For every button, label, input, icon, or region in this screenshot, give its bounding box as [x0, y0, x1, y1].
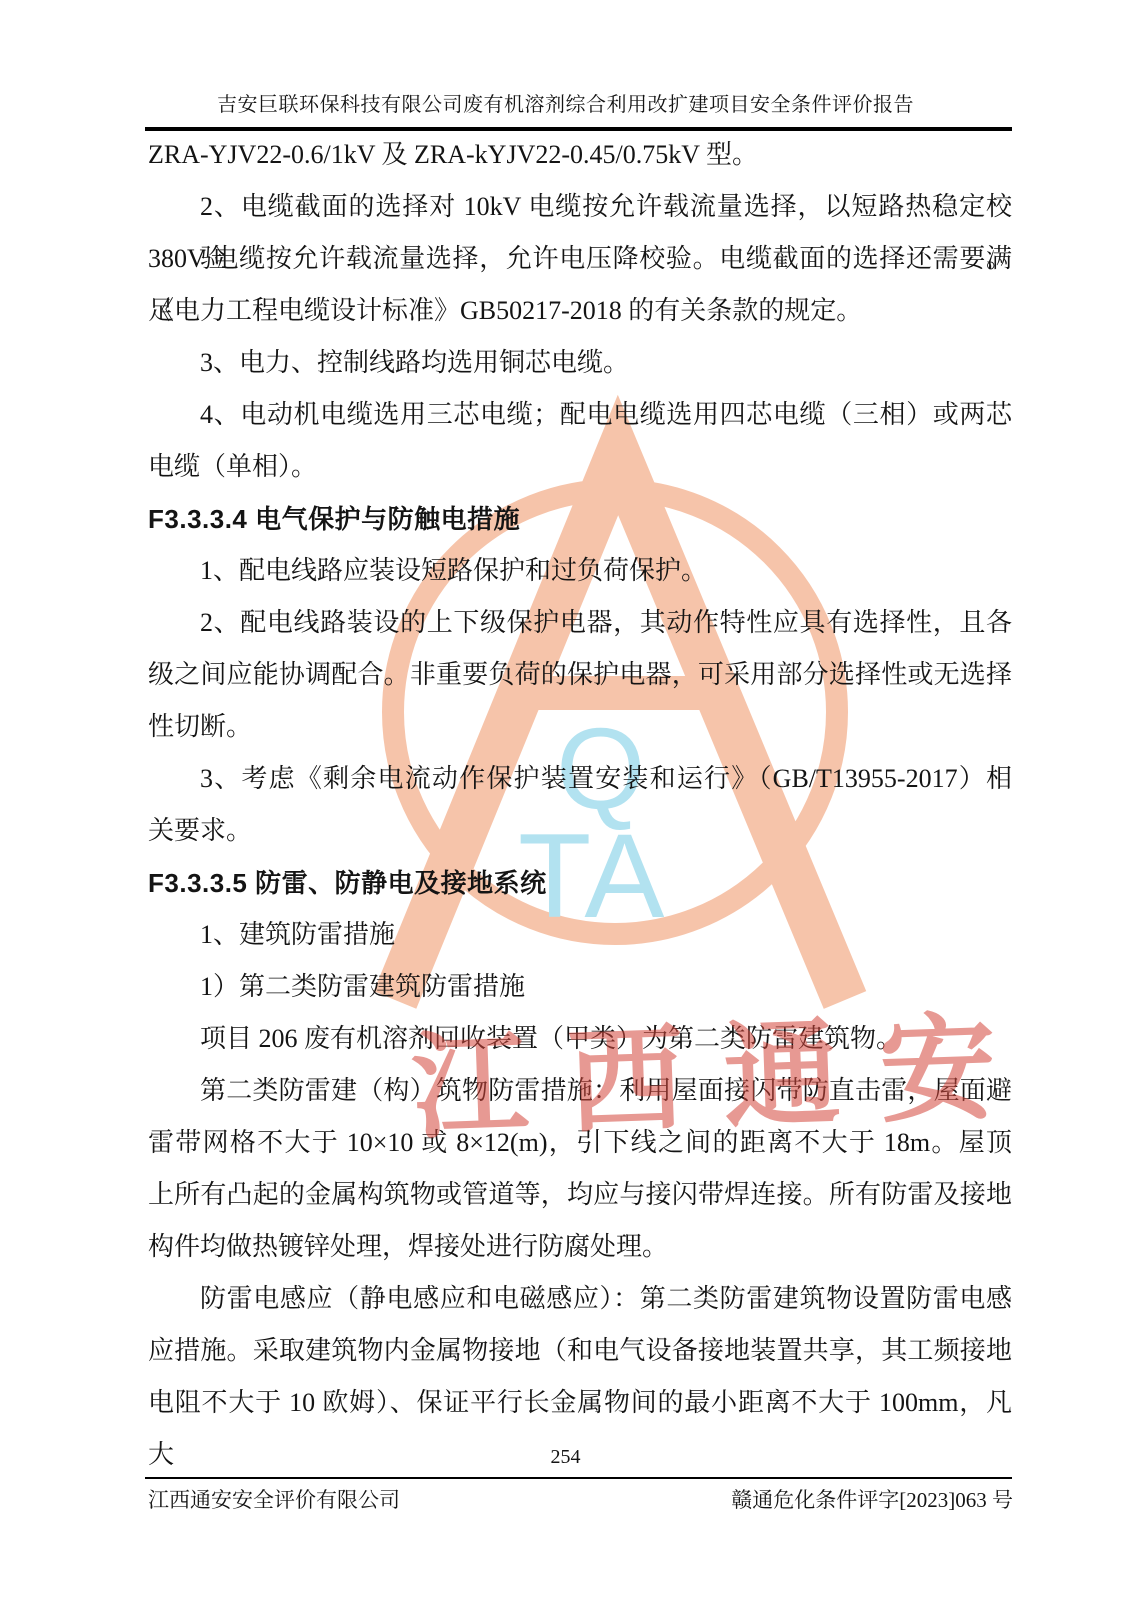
text-line: 1）第二类防雷建筑防雷措施 — [148, 961, 1012, 1013]
text-line: 2、电缆截面的选择对 10kV 电缆按允许载流量选择，以短路热稳定校验。 — [148, 181, 1012, 233]
text-line: 第二类防雷建（构）筑物防雷措施：利用屋面接闪带防直击雷，屋面避 — [148, 1065, 1012, 1117]
footer-rule — [145, 1477, 1012, 1479]
text-line: 380V 电缆按允许载流量选择，允许电压降校验。电缆截面的选择还需要满足 — [148, 233, 1012, 285]
section-heading: F3.3.3.4 电气保护与防触电措施 — [148, 493, 1012, 545]
text-line: 雷带网格不大于 10×10 或 8×12(m)，引下线之间的距离不大于 18m。… — [148, 1117, 1012, 1169]
text-line: 项目 206 废有机溶剂回收装置（甲类）为第二类防雷建筑物。 — [148, 1013, 1012, 1065]
text-line: ZRA-YJV22-0.6/1kV 及 ZRA-kYJV22-0.45/0.75… — [148, 129, 1012, 181]
text-line: 上所有凸起的金属构筑物或管道等，均应与接闪带焊连接。所有防雷及接地 — [148, 1169, 1012, 1221]
text-line: 电缆（单相）。 — [148, 441, 1012, 493]
text-line: 《电力工程电缆设计标准》GB50217-2018 的有关条款的规定。 — [148, 285, 1012, 337]
page-number: 254 — [0, 1446, 1131, 1469]
text-line: 防雷电感应（静电感应和电磁感应）：第二类防雷建筑物设置防雷电感 — [148, 1273, 1012, 1325]
document-page: 吉安巨联环保科技有限公司废有机溶剂综合利用改扩建项目安全条件评价报告 Q TA … — [0, 0, 1131, 1600]
text-line: 关要求。 — [148, 805, 1012, 857]
text-line: 3、考虑《剩余电流动作保护装置安装和运行》（GB/T13955-2017）相 — [148, 753, 1012, 805]
text-line: 构件均做热镀锌处理，焊接处进行防腐处理。 — [148, 1221, 1012, 1273]
section-heading: F3.3.3.5 防雷、防静电及接地系统 — [148, 857, 1012, 909]
body-text: ZRA-YJV22-0.6/1kV 及 ZRA-kYJV22-0.45/0.75… — [148, 129, 1012, 1429]
text-line: 级之间应能协调配合。非重要负荷的保护电器，可采用部分选择性或无选择 — [148, 649, 1012, 701]
text-line: 电阻不大于 10 欧姆）、保证平行长金属物间的最小距离不大于 100mm，凡大 — [148, 1377, 1012, 1429]
footer-doc-number: 赣通危化条件评字[2023]063 号 — [731, 1484, 1013, 1514]
text-line: 1、配电线路应装设短路保护和过负荷保护。 — [148, 545, 1012, 597]
text-line: 应措施。采取建筑物内金属物接地（和电气设备接地装置共享，其工频接地 — [148, 1325, 1012, 1377]
text-line: 1、建筑防雷措施 — [148, 909, 1012, 961]
text-line: 3、电力、控制线路均选用铜芯电缆。 — [148, 337, 1012, 389]
text-line: 性切断。 — [148, 701, 1012, 753]
footer-company: 江西通安安全评价有限公司 — [148, 1484, 400, 1514]
text-line: 4、电动机电缆选用三芯电缆；配电电缆选用四芯电缆（三相）或两芯 — [148, 389, 1012, 441]
text-line: 2、配电线路装设的上下级保护电器，其动作特性应具有选择性，且各 — [148, 597, 1012, 649]
